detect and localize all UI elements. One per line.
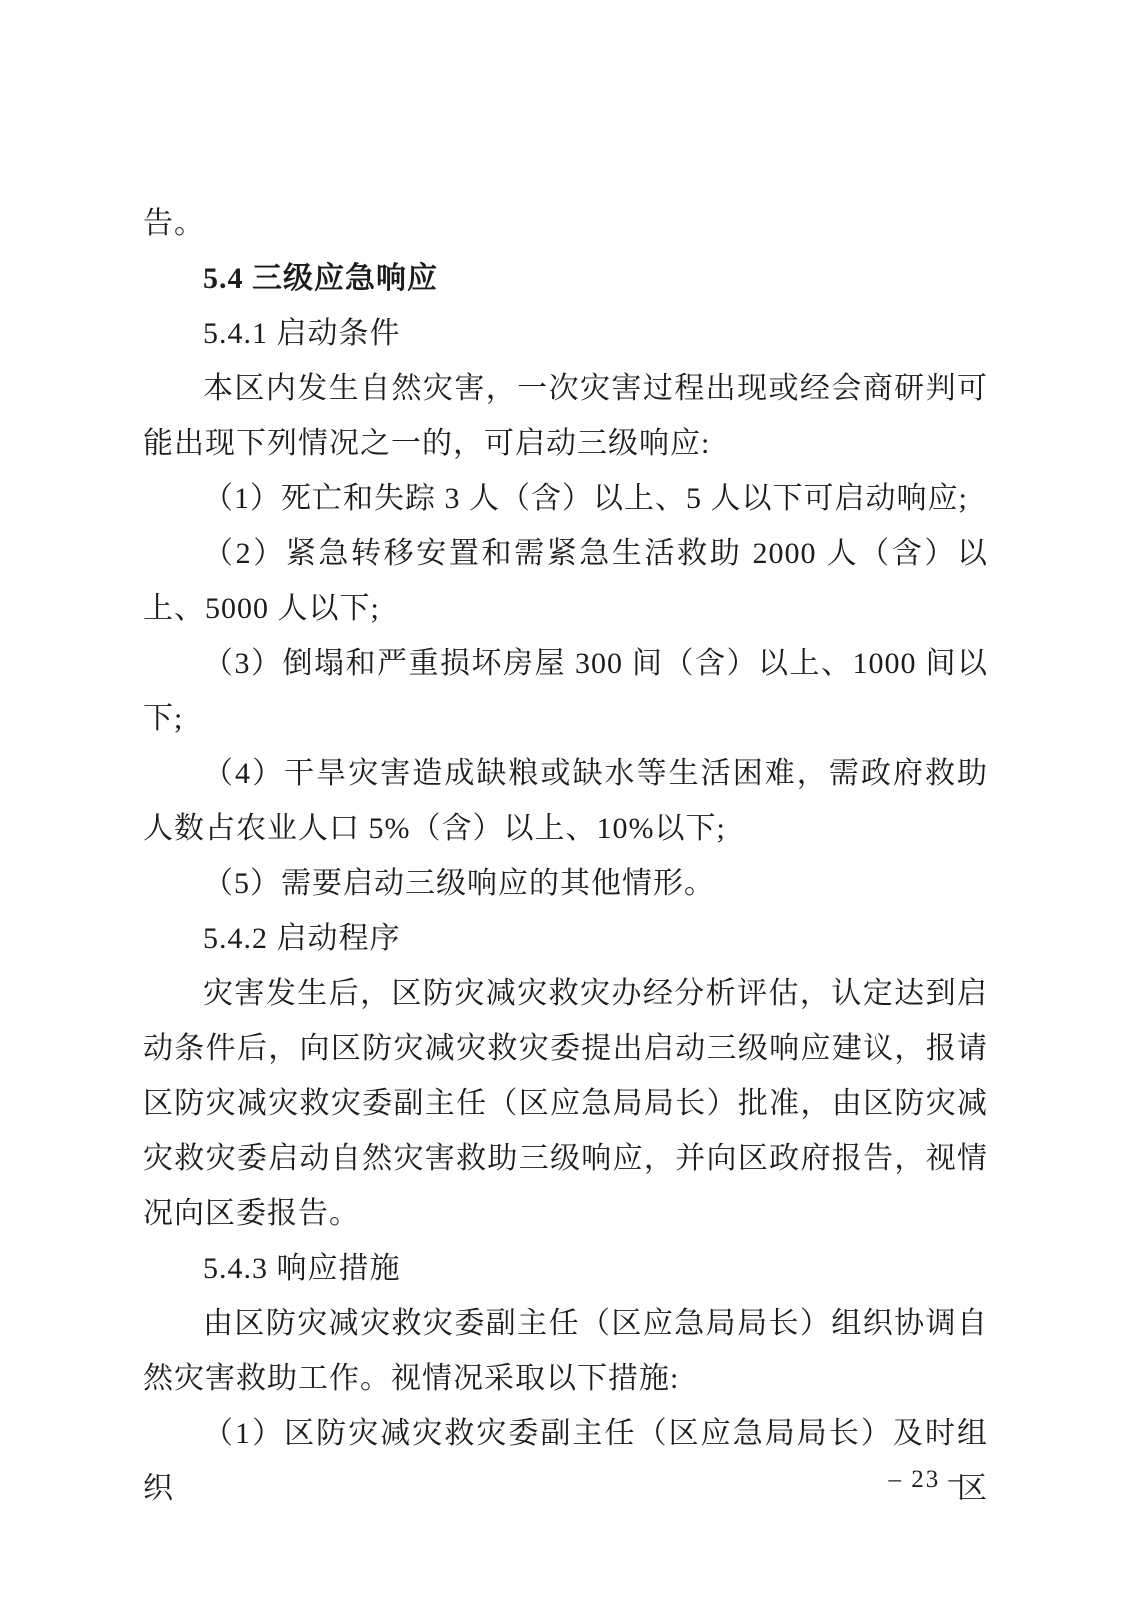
subsection-heading-5-4-3: 5.4.3 响应措施 bbox=[143, 1241, 988, 1296]
list-item-5: （5）需要启动三级响应的其他情形。 bbox=[143, 856, 988, 911]
page-number: – 23 – bbox=[889, 1462, 964, 1498]
document-page: 告。 5.4 三级应急响应 5.4.1 启动条件 本区内发生自然灾害，一次灾害过… bbox=[0, 0, 1131, 1600]
list-item-1: （1）死亡和失踪 3 人（含）以上、5 人以下可启动响应; bbox=[143, 471, 988, 526]
subsection-heading-5-4-2: 5.4.2 启动程序 bbox=[143, 911, 988, 966]
paragraph-start-procedure: 灾害发生后，区防灾减灾救灾办经分析评估，认定达到启动条件后，向区防灾减灾救灾委提… bbox=[143, 966, 988, 1241]
list-item-1-next: （1）区防灾减灾救灾委副主任（区应急局局长）及时组织区 bbox=[143, 1406, 988, 1516]
list-item-4: （4）干旱灾害造成缺粮或缺水等生活困难，需政府救助人数占农业人口 5%（含）以上… bbox=[143, 746, 988, 856]
section-heading-5-4: 5.4 三级应急响应 bbox=[143, 251, 988, 306]
subsection-heading-5-4-1: 5.4.1 启动条件 bbox=[143, 306, 988, 361]
list-item-3: （3）倒塌和严重损坏房屋 300 间（含）以上、1000 间以下; bbox=[143, 636, 988, 746]
paragraph-continuation: 告。 bbox=[143, 196, 988, 251]
list-item-2: （2）紧急转移安置和需紧急生活救助 2000 人（含）以上、5000 人以下; bbox=[143, 526, 988, 636]
paragraph-start-conditions: 本区内发生自然灾害，一次灾害过程出现或经会商研判可能出现下列情况之一的，可启动三… bbox=[143, 361, 988, 471]
paragraph-response-measures: 由区防灾减灾救灾委副主任（区应急局局长）组织协调自然灾害救助工作。视情况采取以下… bbox=[143, 1296, 988, 1406]
document-body: 告。 5.4 三级应急响应 5.4.1 启动条件 本区内发生自然灾害，一次灾害过… bbox=[143, 196, 988, 1516]
